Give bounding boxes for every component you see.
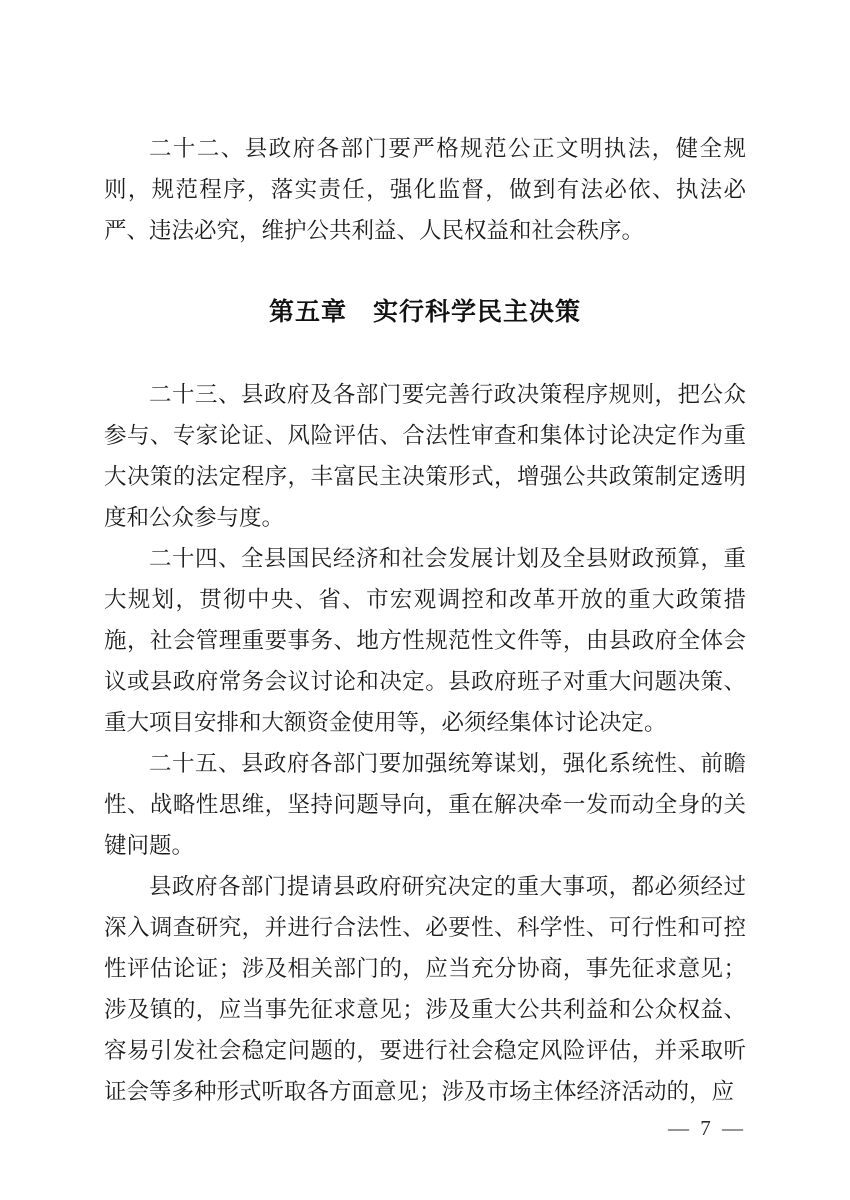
chapter-heading: 第五章 实行科学民主决策 — [104, 292, 746, 333]
body-paragraph: 二十三、县政府及各部门要完善行政决策程序规则，把公众参与、专家论证、风险评估、合… — [104, 374, 746, 538]
body-paragraph: 二十二、县政府各部门要严格规范公正文明执法，健全规则，规范程序，落实责任，强化监… — [104, 128, 746, 251]
body-paragraph: 二十五、县政府各部门要加强统筹谋划，强化系统性、前瞻性、战略性思维，坚持问题导向… — [104, 743, 746, 866]
body-paragraph: 二十四、全县国民经济和社会发展计划及全县财政预算，重大规划，贯彻中央、省、市宏观… — [104, 538, 746, 743]
page-number: — 7 — — [668, 1114, 746, 1142]
body-paragraph: 县政府各部门提请县政府研究决定的重大事项，都必须经过深入调查研究，并进行合法性、… — [104, 866, 746, 1112]
document-body: 二十二、县政府各部门要严格规范公正文明执法，健全规则，规范程序，落实责任，强化监… — [104, 128, 746, 1112]
document-page: 二十二、县政府各部门要严格规范公正文明执法，健全规则，规范程序，落实责任，强化监… — [0, 0, 850, 1200]
